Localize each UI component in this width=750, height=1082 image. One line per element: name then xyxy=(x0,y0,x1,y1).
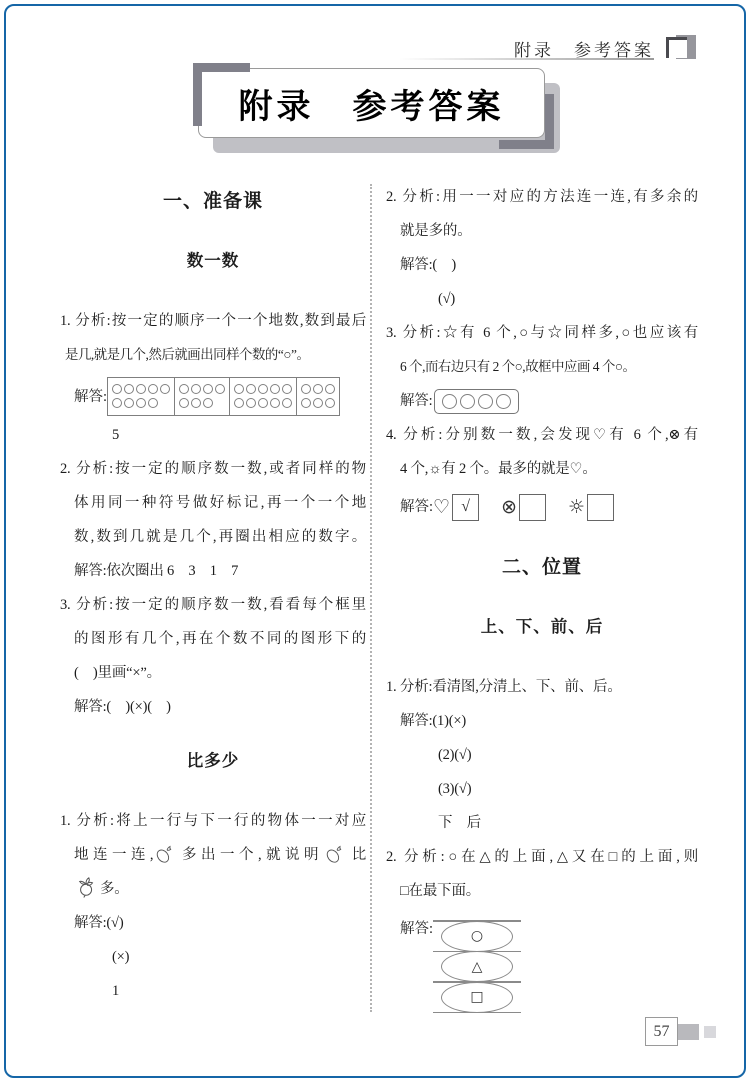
eggplant-icon xyxy=(155,844,175,864)
circle-shape xyxy=(160,384,170,394)
answer-line: 解答:(√) xyxy=(60,906,366,940)
subheading-compare: 比多少 xyxy=(60,744,366,778)
circle-shape xyxy=(136,398,146,408)
analysis-line-with-icons: 多。 xyxy=(60,872,366,906)
title-banner: 附录 参考答案 xyxy=(198,68,545,138)
analysis-line: 4. 分析:分别数一数,会发现♡有 6 个,⊗有 xyxy=(386,418,698,452)
circle-shape xyxy=(234,384,244,394)
answer-line: (√) xyxy=(386,282,698,316)
circle-shape xyxy=(112,398,122,408)
analysis-line: 数,数到几就是几个,再圈出相应的数字。 xyxy=(60,520,366,554)
right-q3: 3. 分析:☆有 6 个,○与☆同样多,○也应该有 6 个,而右边只有 2 个○… xyxy=(386,316,698,418)
circle-shape xyxy=(270,398,280,408)
analysis-line: 1. 分析:按一定的顺序一个一个地数,数到最后 xyxy=(60,304,366,338)
analysis-line: 2. 分析:用一一对应的方法连一连,有多余的 xyxy=(386,180,698,214)
analysis-line: 4 个,☼有 2 个。最多的就是♡。 xyxy=(386,452,698,486)
ellipse-circle: ○ xyxy=(441,921,513,952)
circle-shape xyxy=(478,394,493,409)
count-cell xyxy=(297,378,339,415)
page-number: 57 xyxy=(645,1017,678,1046)
count-cell xyxy=(108,378,175,415)
circled-x-icon: ⊗ xyxy=(501,490,517,524)
page-number-bar xyxy=(678,1024,699,1040)
circle-shape xyxy=(313,384,323,394)
right-q4: 4. 分析:分别数一数,会发现♡有 6 个,⊗有 4 个,☼有 2 个。最多的就… xyxy=(386,418,698,524)
circle-count-box xyxy=(107,377,340,416)
circle-shape xyxy=(301,384,311,394)
circle-shape xyxy=(282,398,292,408)
circle-shape xyxy=(258,398,268,408)
checkbox-empty xyxy=(587,494,614,521)
count-cell xyxy=(230,378,297,415)
right-p1: 1. 分析:看清图,分清上、下、前、后。 解答:(1)(×) (2)(√) (3… xyxy=(386,670,698,840)
section-heading-position: 二、位置 xyxy=(386,550,698,584)
analysis-line: □在最下面。 xyxy=(386,874,698,908)
subheading-count: 数一数 xyxy=(60,244,366,278)
left-column: 一、准备课 数一数 1. 分析:按一定的顺序一个一个地数,数到最后 是几,就是几… xyxy=(60,180,366,1008)
sun-checkbox-group: ☼ xyxy=(568,490,614,524)
analysis-line: 6 个,而右边只有 2 个○,故框中应画 4 个○。 xyxy=(386,350,698,384)
circle-shape xyxy=(301,398,311,408)
circle-shape xyxy=(246,384,256,394)
count-cell xyxy=(175,378,230,415)
circle-shape xyxy=(496,394,511,409)
answer-line: (3)(√) xyxy=(386,772,698,806)
analysis-line: ( )里画“×”。 xyxy=(60,656,366,690)
circle-shape xyxy=(282,384,292,394)
right-column: 2. 分析:用一一对应的方法连一连,有多余的 就是多的。 解答:( ) (√) … xyxy=(386,180,698,1013)
running-title: 附录 参考答案 xyxy=(514,36,654,61)
circle-shape xyxy=(203,398,213,408)
answer-label: 解答: xyxy=(400,393,432,409)
analysis-line: 1. 分析:将上一行与下一行的物体一一对应 xyxy=(60,804,366,838)
subheading-updown: 上、下、前、后 xyxy=(386,610,698,644)
ellipse-square: □ xyxy=(441,982,513,1013)
circle-shape xyxy=(460,394,475,409)
eggplant-icon xyxy=(325,844,345,864)
answer-line: 下 后 xyxy=(386,806,698,840)
left-b1: 1. 分析:将上一行与下一行的物体一一对应 地连一连,多出一个,就说明比 多。 … xyxy=(60,804,366,1008)
section-heading-prep: 一、准备课 xyxy=(60,184,366,218)
analysis-line: 体用同一种符号做好标记,再一个一个地 xyxy=(60,486,366,520)
page-number-square xyxy=(704,1026,716,1038)
answer-line: 解答:依次圈出 6 3 1 7 xyxy=(60,554,366,588)
page-title: 附录 参考答案 xyxy=(239,79,505,128)
banner-box: 附录 参考答案 xyxy=(198,68,545,138)
circle-shape xyxy=(246,398,256,408)
radish-icon xyxy=(76,876,98,898)
answer-number: 5 xyxy=(60,418,366,452)
circle-shape xyxy=(258,384,268,394)
analysis-line: 1. 分析:看清图,分清上、下、前、后。 xyxy=(386,670,698,704)
answer-line: (×) xyxy=(60,940,366,974)
circle-shape xyxy=(234,398,244,408)
analysis-line: 3. 分析:按一定的顺序数一数,看看每个框里 xyxy=(60,588,366,622)
page-number-badge: 57 xyxy=(645,1017,716,1046)
circle-shape xyxy=(325,384,335,394)
sun-icon: ☼ xyxy=(568,490,585,524)
circle-shape xyxy=(442,394,457,409)
answer-line: (2)(√) xyxy=(386,738,698,772)
answer-label: 解答: xyxy=(400,912,433,946)
analysis-line: 2. 分析:按一定的顺序数一数,或者同样的物 xyxy=(60,452,366,486)
analysis-line: 就是多的。 xyxy=(386,214,698,248)
circle-shape xyxy=(179,398,189,408)
checkbox-empty xyxy=(519,494,546,521)
analysis-line-with-icons: 地连一连,多出一个,就说明比 xyxy=(60,838,366,872)
column-divider xyxy=(370,184,372,1012)
circle-shape xyxy=(124,384,134,394)
ellipse-triangle: △ xyxy=(441,951,513,982)
left-q3: 3. 分析:按一定的顺序数一数,看看每个框里 的图形有几个,再在个数不同的图形下… xyxy=(60,588,366,724)
heart-checkbox-group: ♡ √ xyxy=(433,490,479,524)
banner-bracket-bottom-right xyxy=(499,94,554,149)
circle-shape xyxy=(148,398,158,408)
circle-shape xyxy=(215,384,225,394)
circle-shape xyxy=(191,384,201,394)
answer-checkbox-row: 解答: ♡ √ ⊗ ☼ xyxy=(386,490,698,524)
analysis-line: 2. 分析:○在△的上面,△又在□的上面,则 xyxy=(386,840,698,874)
answer-number: 1 xyxy=(60,974,366,1008)
answer-line: 解答:( )(×)( ) xyxy=(60,690,366,724)
right-p2: 2. 分析:○在△的上面,△又在□的上面,则 □在最下面。 解答: ○ △ □ xyxy=(386,840,698,1013)
circle-answer-box xyxy=(434,389,519,414)
circle-shape xyxy=(179,384,189,394)
answer-label: 解答: xyxy=(74,380,107,414)
right-q2: 2. 分析:用一一对应的方法连一连,有多余的 就是多的。 解答:( ) (√) xyxy=(386,180,698,316)
circle-shape xyxy=(191,398,201,408)
circle-shape xyxy=(124,398,134,408)
answer-line: 解答:( ) xyxy=(386,248,698,282)
answer-label: 解答: xyxy=(400,490,433,524)
analysis-line: 的图形有几个,再在个数不同的图形下的 xyxy=(60,622,366,656)
heart-icon: ♡ xyxy=(433,490,450,524)
running-header: 附录 参考答案 xyxy=(514,34,696,62)
circle-shape xyxy=(112,384,122,394)
circle-shape xyxy=(136,384,146,394)
analysis-line: 是几,就是几个,然后就画出同样个数的“○”。 xyxy=(51,338,366,372)
stacked-shapes-diagram: ○ △ □ xyxy=(433,920,521,1013)
circle-shape xyxy=(203,384,213,394)
answer-diagram-row: 解答: xyxy=(386,384,698,418)
circle-shape xyxy=(148,384,158,394)
circle-shape xyxy=(325,398,335,408)
corner-bracket-icon xyxy=(666,34,696,62)
left-q2: 2. 分析:按一定的顺序数一数,或者同样的物 体用同一种符号做好标记,再一个一个… xyxy=(60,452,366,588)
checkbox-checked: √ xyxy=(452,494,479,521)
circle-x-checkbox-group: ⊗ xyxy=(501,490,546,524)
answer-diagram-row: 解答: xyxy=(60,377,366,416)
banner-bracket-top-left xyxy=(193,63,250,126)
answer-stack-diagram-row: 解答: ○ △ □ xyxy=(386,912,698,1013)
left-q1: 1. 分析:按一定的顺序一个一个地数,数到最后 是几,就是几个,然后就画出同样个… xyxy=(60,304,366,452)
circle-shape xyxy=(313,398,323,408)
answer-line: 解答:(1)(×) xyxy=(386,704,698,738)
analysis-line: 3. 分析:☆有 6 个,○与☆同样多,○也应该有 xyxy=(386,316,698,350)
circle-shape xyxy=(270,384,280,394)
